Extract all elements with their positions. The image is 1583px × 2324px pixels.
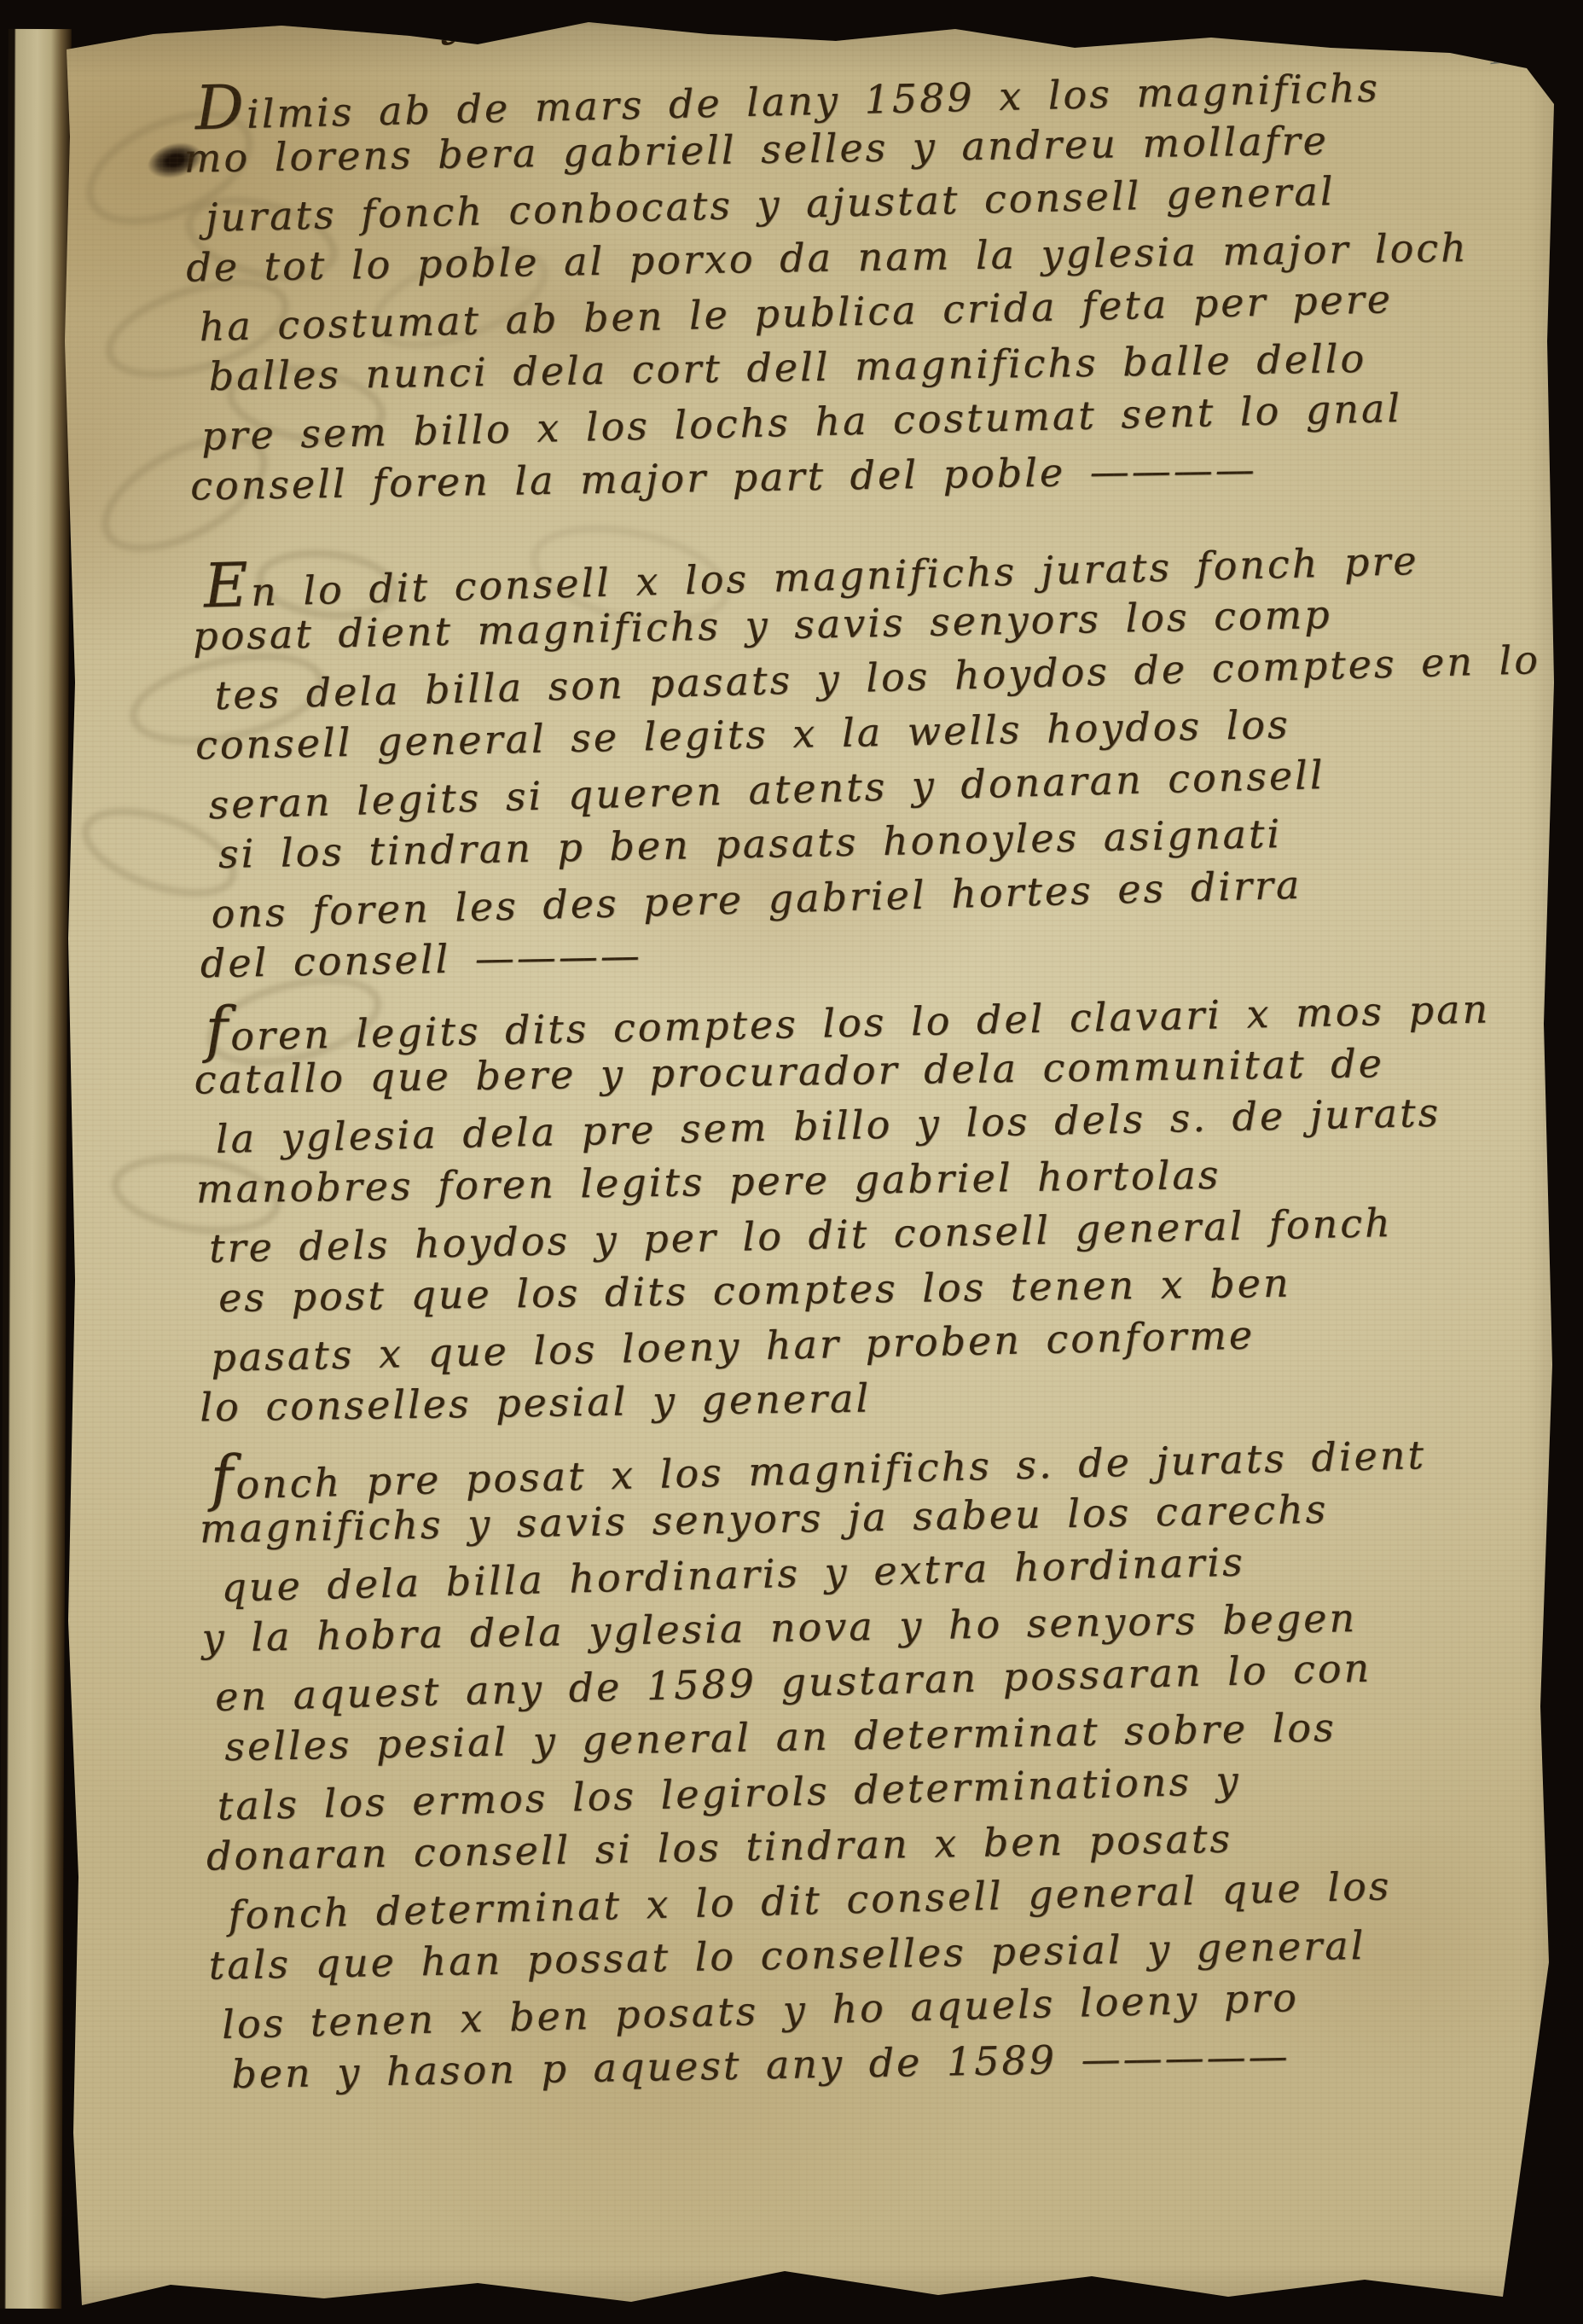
manuscript-page: tt 163 Dilmis ab de mars de lany 1589 x … <box>0 0 1583 2324</box>
manuscript-paragraph-4: fonch pre posat x los magnifichs s. de j… <box>210 1423 1439 2104</box>
invocation-mark: tt <box>438 0 484 60</box>
manuscript-scan: tt 163 Dilmis ab de mars de lany 1589 x … <box>0 0 1583 2324</box>
previous-page-edge <box>0 29 72 2309</box>
folio-number: 163 <box>1486 35 1547 72</box>
manuscript-paragraph-1: Dilmis ab de mars de lany 1589 x los mag… <box>194 54 1473 515</box>
manuscript-paragraph-2: En lo dit consell x los magnifichs jurat… <box>203 526 1547 993</box>
manuscript-paragraph-3: foren legits dits comptes los lo del cla… <box>205 978 1497 1437</box>
